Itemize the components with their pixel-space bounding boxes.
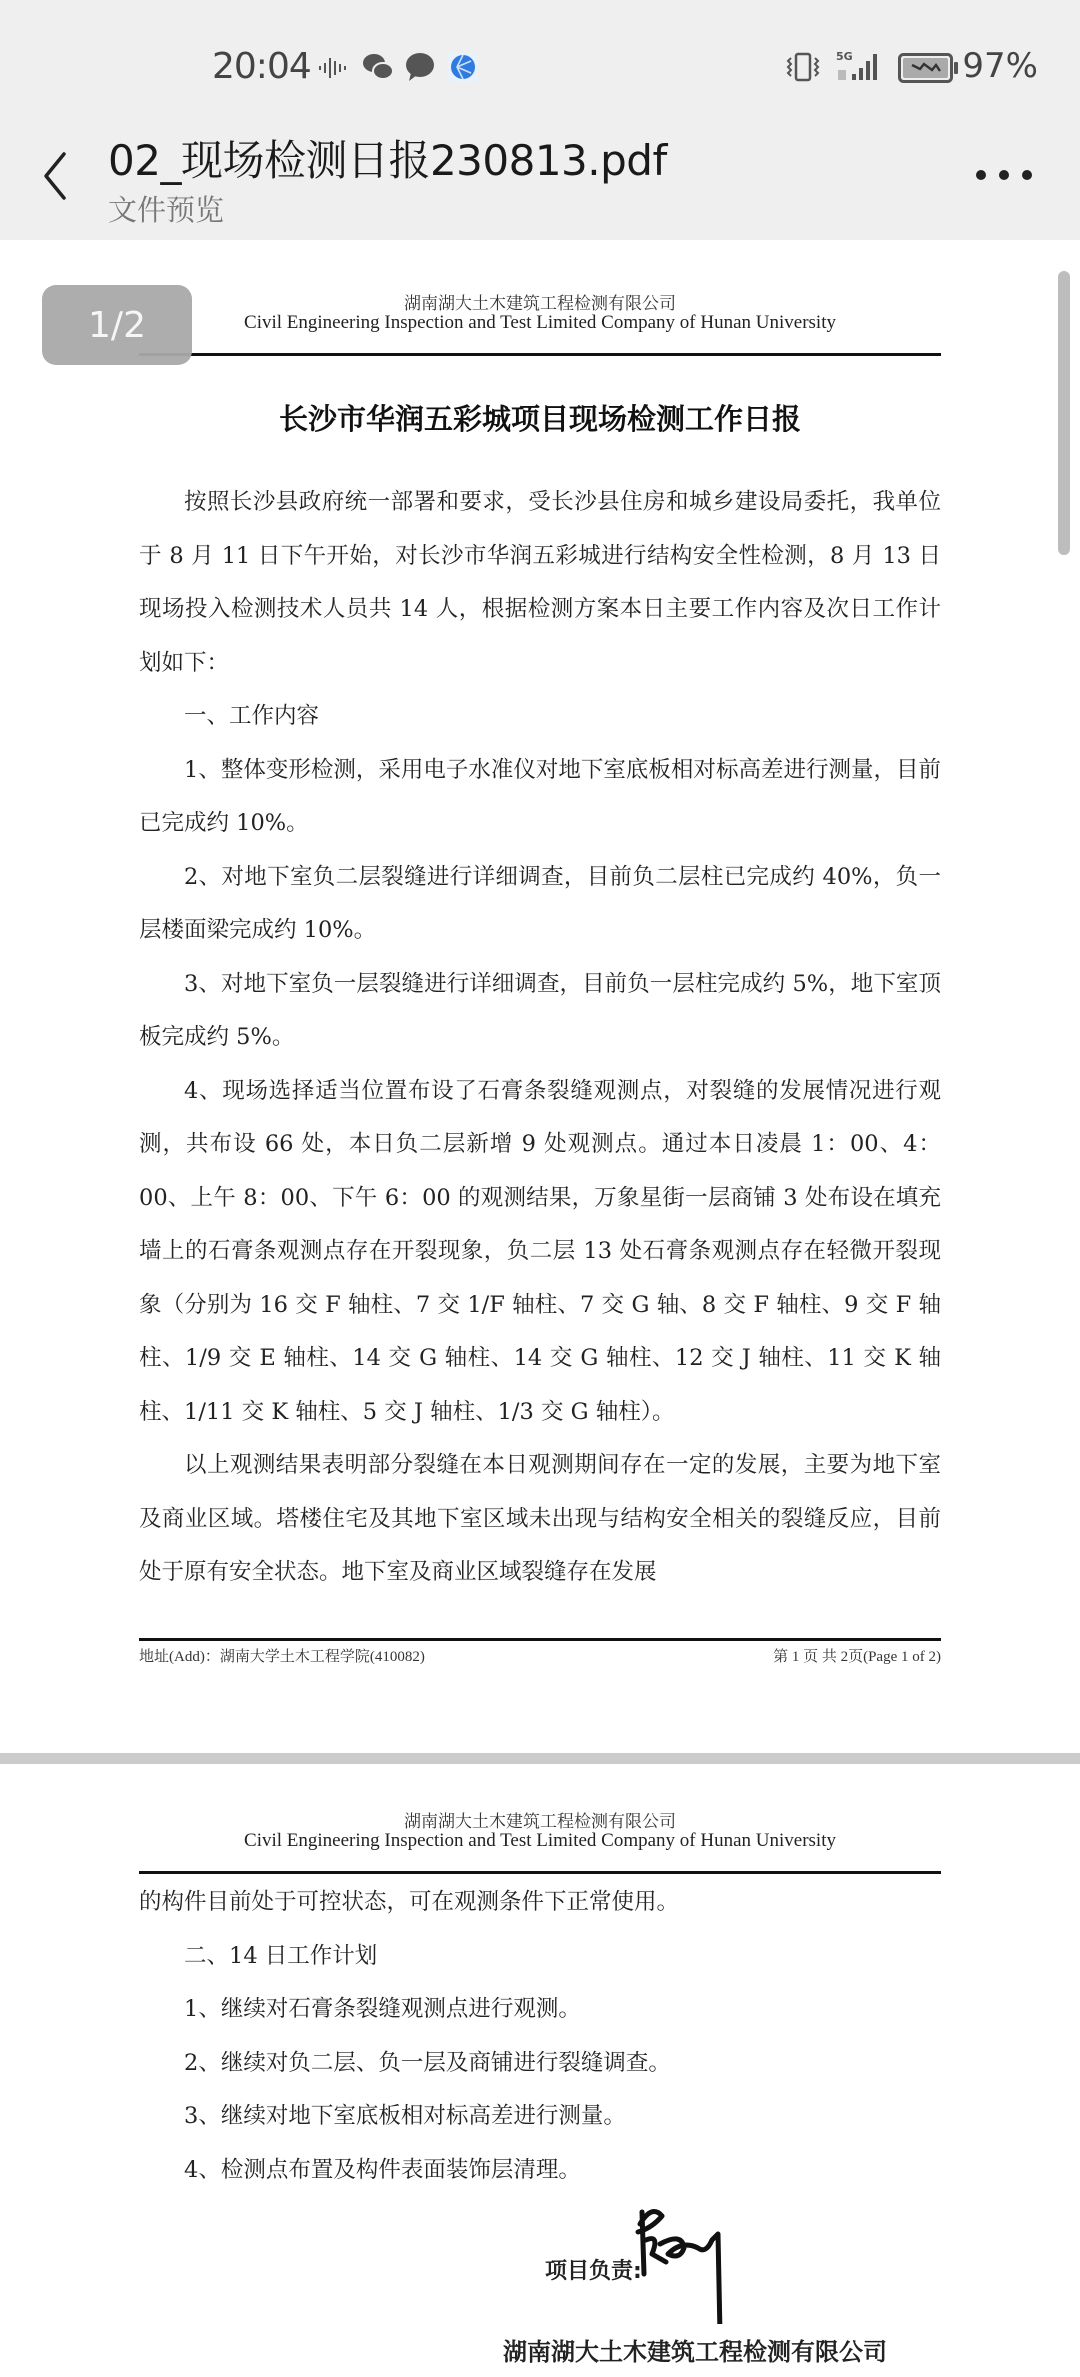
header-company-cn: 湖南湖大土木建筑工程检测有限公司	[0, 1807, 1080, 1832]
vertical-scrollbar[interactable]	[1058, 271, 1070, 555]
work-item-4: 4、现场选择适当位置布设了石膏条裂缝观测点，对裂缝的发展情况进行观测，共布设 6…	[139, 1065, 941, 1440]
status-time: 20:04	[212, 46, 311, 87]
5g-signal-icon: 5G	[836, 48, 878, 82]
work-item-3: 3、对地下室负一层裂缝进行详细调查，目前负一层柱完成约 5%，地下室顶板完成约 …	[139, 958, 941, 1065]
pdf-viewer[interactable]: 1/2 湖南湖大土木建筑工程检测有限公司 Civil Engineering I…	[0, 240, 1080, 2377]
message-bubble-icon	[404, 51, 436, 83]
browser-app-icon	[448, 52, 478, 82]
file-preview-subtitle: 文件预览	[108, 188, 224, 229]
vibrate-icon	[786, 52, 820, 82]
dot-icon	[976, 170, 986, 180]
work-item-1: 1、整体变形检测，采用电子水准仪对地下室底板相对标高差进行测量，目前已完成约 1…	[139, 744, 941, 851]
plan-item-2: 2、继续对负二层、负一层及商铺进行裂缝调查。	[139, 2037, 941, 2091]
plan-item-1: 1、继续对石膏条裂缝观测点进行观测。	[139, 1983, 941, 2037]
header-company-en: Civil Engineering Inspection and Test Li…	[0, 1830, 1080, 1852]
battery-percent: 97%	[962, 46, 1038, 86]
file-name-title: 02_现场检测日报230813.pdf	[108, 128, 667, 188]
footer-divider	[139, 1638, 941, 1641]
chevron-left-icon	[36, 148, 76, 204]
audio-waveform-icon	[318, 56, 348, 80]
signing-company: 湖南湖大土木建筑工程检测有限公司	[503, 2332, 887, 2367]
wechat-icon	[362, 52, 394, 82]
page-indicator: 1/2	[42, 285, 192, 365]
header-divider	[139, 353, 941, 356]
section-heading-plan: 二、14 日工作计划	[139, 1930, 941, 1984]
work-item-2: 2、对地下室负二层裂缝进行详细调查，目前负二层柱已完成约 40%，负一层楼面梁完…	[139, 851, 941, 958]
signature-icon	[622, 2204, 772, 2324]
status-bar: 20:04 5G	[0, 42, 1080, 92]
plan-item-4: 4、检测点布置及构件表面装饰层清理。	[139, 2144, 941, 2198]
observation-summary: 以上观测结果表明部分裂缝在本日观测期间存在一定的发展，主要为地下室及商业区域。塔…	[139, 1439, 941, 1600]
page1-body: 按照长沙县政府统一部署和要求，受长沙县住房和城乡建设局委托，我单位于 8 月 1…	[139, 476, 941, 1600]
top-bar: 20:04 5G	[0, 0, 1080, 240]
header-divider	[139, 1871, 941, 1874]
plan-item-3: 3、继续对地下室底板相对标高差进行测量。	[139, 2090, 941, 2144]
dot-icon	[999, 170, 1009, 180]
section-heading-work-content: 一、工作内容	[139, 690, 941, 744]
footer-address: 地址(Add)：湖南大学土木工程学院(410082)	[139, 1645, 425, 1666]
pdf-page-1: 湖南湖大土木建筑工程检测有限公司 Civil Engineering Inspe…	[0, 240, 1080, 1753]
pdf-page-2: 湖南湖大土木建筑工程检测有限公司 Civil Engineering Inspe…	[0, 1764, 1080, 2377]
more-options-button[interactable]	[976, 170, 1032, 186]
svg-text:5G: 5G	[836, 50, 853, 63]
intro-paragraph: 按照长沙县政府统一部署和要求，受长沙县住房和城乡建设局委托，我单位于 8 月 1…	[139, 476, 941, 690]
page-separator	[0, 1753, 1080, 1764]
document-title: 长沙市华润五彩城项目现场检测工作日报	[0, 397, 1080, 438]
footer-page-info: 第 1 页 共 2页(Page 1 of 2)	[773, 1645, 941, 1666]
page2-body: 的构件目前处于可控状态，可在观测条件下正常使用。 二、14 日工作计划 1、继续…	[139, 1876, 941, 2197]
battery-charging-icon	[898, 53, 960, 83]
continued-paragraph: 的构件目前处于可控状态，可在观测条件下正常使用。	[139, 1876, 941, 1930]
dot-icon	[1022, 170, 1032, 180]
back-button[interactable]	[36, 148, 76, 204]
